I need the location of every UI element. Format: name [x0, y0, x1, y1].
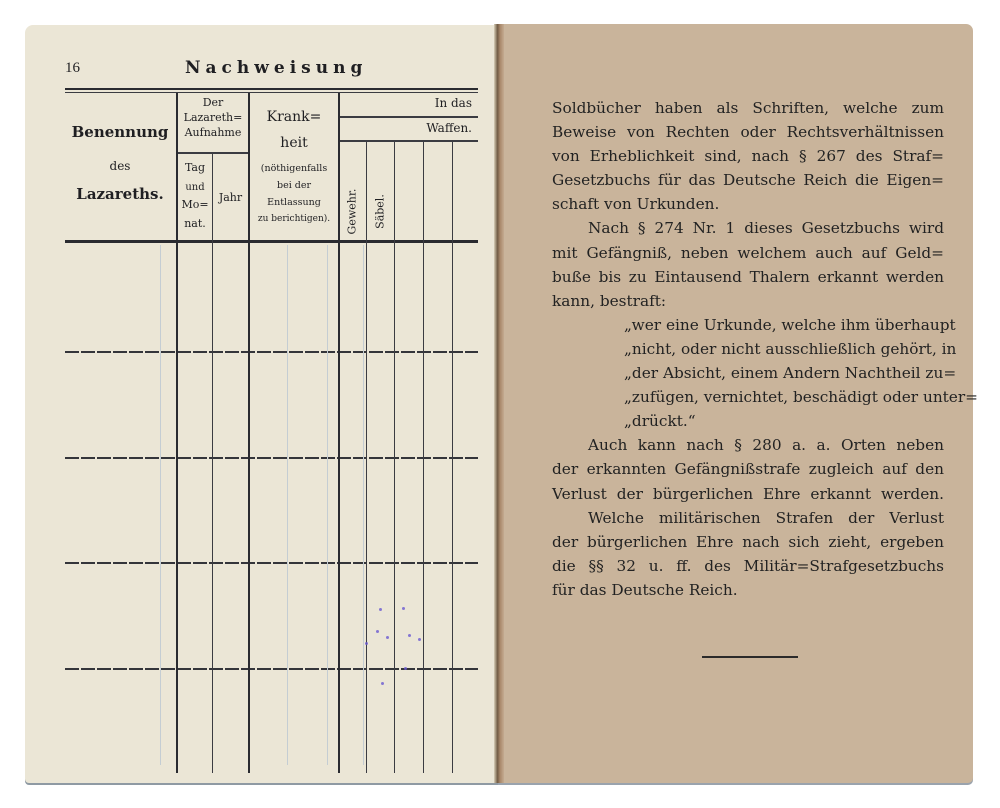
- showthrough-line: [363, 245, 364, 765]
- header-lazareth: Lazareth=: [178, 112, 248, 124]
- header-und: und: [178, 182, 212, 193]
- text-line: schaft von Urkunden.: [552, 192, 944, 216]
- header-waffen: Waffen.: [340, 122, 472, 135]
- row-rule-3: [65, 562, 478, 564]
- header-in-das: In das: [340, 97, 472, 110]
- text-line: von Erheblichkeit sind, nach § 267 des S…: [552, 144, 944, 168]
- header-des: des: [66, 160, 174, 173]
- showthrough-line: [327, 245, 328, 765]
- text-line: „nicht, oder nicht ausschließlich gehört…: [552, 337, 944, 361]
- paragraph-militaer: Welche militärischen Strafen der Verlust…: [552, 506, 944, 602]
- text-line: buße bis zu Eintausend Thalern erkannt w…: [552, 265, 944, 289]
- row-rule-4: [65, 668, 478, 670]
- aufnahme-rule: [178, 152, 248, 154]
- text-line: der bürgerlichen Ehre nach sich zieht, e…: [552, 530, 944, 554]
- header-entlassung: Entlassung: [250, 198, 338, 208]
- text-line: Verlust der bürgerlichen Ehre erkannt we…: [552, 482, 944, 506]
- header-noethigenfalls: (nöthigenfalls: [250, 164, 338, 174]
- header-mo: Mo=: [178, 199, 212, 211]
- legal-notice: Soldbücher haben als Schriften, welche z…: [552, 96, 944, 602]
- paragraph-soldbuecher: Soldbücher haben als Schriften, welche z…: [552, 96, 944, 216]
- in-das-rule: [340, 116, 478, 118]
- text-line: „drückt.“: [552, 409, 944, 433]
- text-line: für das Deutsche Reich.: [552, 578, 944, 602]
- text-line: Nach § 274 Nr. 1 dieses Gesetzbuchs wird: [552, 216, 944, 240]
- text-line: der erkannten Gefängnißstrafe zugleich a…: [552, 457, 944, 481]
- header-bei-der: bei der: [250, 181, 338, 191]
- text-line: Gesetzbuchs für das Deutsche Reich die E…: [552, 168, 944, 192]
- col-rule-benennung: [176, 93, 178, 773]
- header-heit: heit: [250, 136, 338, 151]
- paragraph-280: Auch kann nach § 280 a. a. Orten neben d…: [552, 433, 944, 505]
- waffen-rule: [340, 140, 478, 142]
- text-line: mit Gefängniß, neben welchem auch auf Ge…: [552, 241, 944, 265]
- header-bottom-rule: [65, 240, 478, 243]
- header-zu-berichtigen: zu berichtigen).: [250, 215, 338, 225]
- col-rule-krankheit: [338, 93, 340, 773]
- closing-divider: [702, 656, 798, 658]
- header-nat: nat.: [178, 218, 212, 230]
- text-line: „zufügen, vernichtet, beschädigt oder un…: [552, 385, 944, 409]
- text-line: Soldbücher haben als Schriften, welche z…: [552, 96, 944, 120]
- paragraph-274: Nach § 274 Nr. 1 dieses Gesetzbuchs wird…: [552, 216, 944, 312]
- col-rule-jahr: [248, 93, 250, 773]
- showthrough-line: [287, 245, 288, 765]
- text-line: kann, bestraft:: [552, 289, 944, 313]
- row-rule-2: [65, 457, 478, 459]
- header-gewehr: Gewehr.: [346, 187, 359, 237]
- text-line: Auch kann nach § 280 a. a. Orten neben: [552, 433, 944, 457]
- header-krank: Krank=: [250, 110, 338, 125]
- table-top-rule-inner: [65, 92, 478, 93]
- row-rule-1: [65, 351, 478, 353]
- text-line: Welche militärischen Strafen der Verlust: [552, 506, 944, 530]
- table-top-rule: [65, 88, 478, 90]
- book-spine: [494, 24, 504, 783]
- header-tag: Tag: [178, 162, 212, 174]
- col-rule-3: [423, 141, 424, 773]
- page-title: Nachweisung: [185, 58, 360, 78]
- header-der: Der: [178, 97, 248, 109]
- header-jahr: Jahr: [213, 192, 248, 204]
- col-rule-gewehr: [366, 141, 367, 773]
- header-benennung: Benennung: [66, 124, 174, 141]
- text-line: Beweise von Rechten oder Rechtsverhältni…: [552, 120, 944, 144]
- page-number: 16: [65, 60, 80, 77]
- header-saebel: Säbel.: [374, 187, 387, 237]
- paragraph-quote: „wer eine Urkunde, welche ihm überhaupt …: [552, 313, 944, 433]
- showthrough-line: [160, 245, 161, 765]
- col-rule-tag: [212, 153, 213, 773]
- col-rule-4: [452, 141, 453, 773]
- col-rule-saebel: [394, 141, 395, 773]
- header-aufnahme: Aufnahme: [178, 127, 248, 139]
- text-line: „wer eine Urkunde, welche ihm überhaupt: [552, 313, 944, 337]
- header-lazareths: Lazareths.: [66, 186, 174, 203]
- text-line: die §§ 32 u. ff. des Militär=Strafgesetz…: [552, 554, 944, 578]
- text-line: „der Absicht, einem Andern Nachtheil zu=: [552, 361, 944, 385]
